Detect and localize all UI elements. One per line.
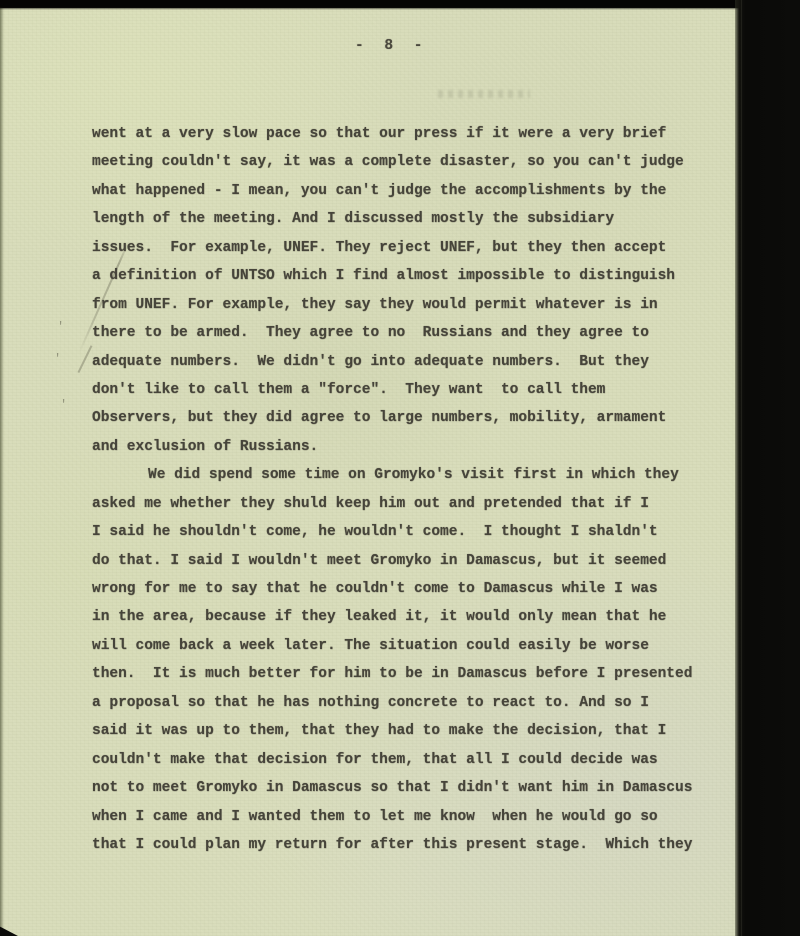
text-line: when I came and I wanted them to let me … — [92, 803, 717, 831]
text-line: adequate numbers. We didn't go into adeq… — [92, 348, 717, 376]
scan-edge-left — [0, 0, 4, 936]
text-line: do that. I said I wouldn't meet Gromyko … — [92, 547, 717, 575]
paper-sheet: - 8 - ' ' ' went at a very slow pace so … — [0, 8, 739, 936]
ink-speck: ' — [54, 352, 61, 366]
text-line: I said he shouldn't come, he wouldn't co… — [92, 518, 717, 546]
text-line: what happened - I mean, you can't judge … — [92, 177, 717, 205]
text-line: from UNEF. For example, they say they wo… — [92, 291, 717, 319]
text-line: will come back a week later. The situati… — [92, 632, 717, 660]
text-line: length of the meeting. And I discussed m… — [92, 205, 717, 233]
ink-smudge — [438, 90, 530, 98]
text-line: meeting couldn't say, it was a complete … — [92, 148, 717, 176]
text-line: a definition of UNTSO which I find almos… — [92, 262, 717, 290]
scan-edge-top — [0, 0, 800, 10]
text-line: wrong for me to say that he couldn't com… — [92, 575, 717, 603]
text-line: asked me whether they shuld keep him out… — [92, 490, 717, 518]
text-line: then. It is much better for him to be in… — [92, 660, 717, 688]
text-line: there to be armed. They agree to no Russ… — [92, 319, 717, 347]
text-line: a proposal so that he has nothing concre… — [92, 689, 717, 717]
text-line: went at a very slow pace so that our pre… — [92, 120, 717, 148]
typewritten-text: went at a very slow pace so that our pre… — [92, 120, 717, 859]
text-line: Observers, but they did agree to large n… — [92, 404, 717, 432]
text-line: that I could plan my return for after th… — [92, 831, 717, 859]
ink-speck: ' — [60, 398, 67, 412]
text-line: don't like to call them a "force". They … — [92, 376, 717, 404]
scan-edge-right — [735, 0, 800, 936]
text-line: We did spend some time on Gromyko's visi… — [92, 461, 717, 489]
page-number: - 8 - — [355, 38, 429, 54]
text-line: said it was up to them, that they had to… — [92, 717, 717, 745]
text-line: couldn't make that decision for them, th… — [92, 746, 717, 774]
text-line: and exclusion of Russians. — [92, 433, 717, 461]
text-line: in the area, because if they leaked it, … — [92, 603, 717, 631]
text-line: issues. For example, UNEF. They reject U… — [92, 234, 717, 262]
text-line: not to meet Gromyko in Damascus so that … — [92, 774, 717, 802]
ink-speck: ' — [57, 320, 64, 334]
scanned-document-page: - 8 - ' ' ' went at a very slow pace so … — [0, 0, 800, 936]
